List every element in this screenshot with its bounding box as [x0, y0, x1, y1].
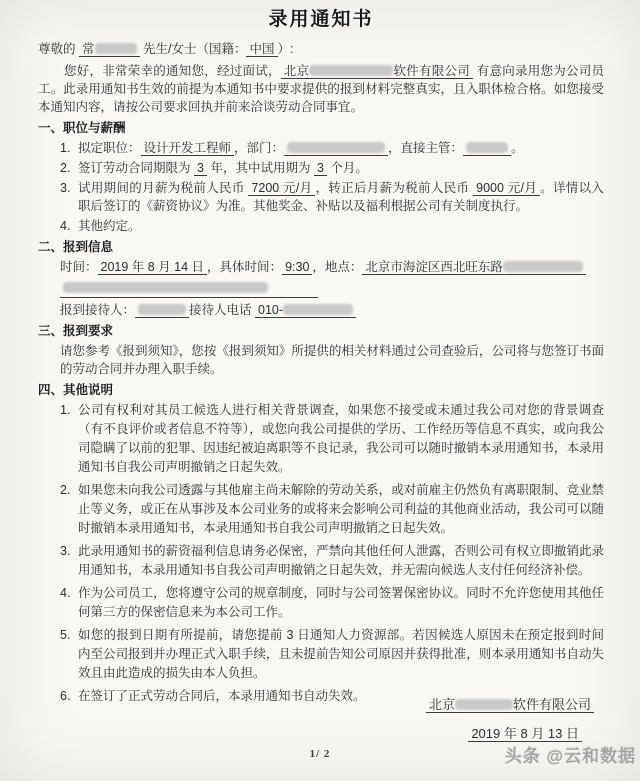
item-text: 试用期间的月薪为税前人民币 7200 元/月，转正后月薪为税前人民币 9000 …: [78, 181, 604, 213]
redaction-block: [466, 142, 508, 153]
location-label: ，地点：: [312, 260, 362, 274]
watermark-text: 头条 @云和数据: [505, 742, 636, 767]
receptionist-line: 报到接待人：接待人电话 010-: [60, 301, 604, 319]
position-value: 设计开发工程师: [141, 141, 235, 156]
address-continuation-field: [60, 279, 318, 298]
document-content: 录用通知书 尊敬的 常 先生/女士（国籍：中国）: 您好，非常荣幸的通知您，经过…: [0, 0, 640, 706]
signature-company-line: 北京软件有限公司: [426, 694, 594, 713]
item-number: 4.: [60, 217, 70, 235]
item-number: 1.: [60, 139, 70, 157]
item-text: 此录用通知书的薪资福利信息请务必保密，严禁向其他任何人泄露，否则公司有权立即撤销…: [78, 544, 604, 577]
greeting-middle: 先生/女士（国籍：: [143, 42, 246, 56]
section-1-body: 1. 拟定职位：设计开发工程师，部门：，直接主管：。 2. 签订劳动合同期限为 …: [60, 139, 604, 235]
signature-date-value: 2019 年 8 月 13 日: [468, 726, 582, 742]
location-field: 北京市海淀区西北旺东路: [362, 260, 586, 275]
item-number: 2.: [60, 481, 70, 500]
supervisor-label: ，直接主管：: [388, 141, 463, 155]
offer-letter-page: 录用通知书 尊敬的 常 先生/女士（国籍：中国）: 您好，非常荣幸的通知您，经过…: [0, 0, 640, 781]
signature-company-field: 北京软件有限公司: [426, 697, 594, 713]
probation-salary-value: 7200 元/月: [248, 181, 315, 196]
report-hour-value: 9:30: [282, 260, 312, 275]
list-item: 4. 作为公司员工，您将遵守公司的规章制度，同时与公司签署保密协议。同时不允许您…: [60, 584, 604, 622]
regular-salary-label: ，转正后月薪为税前人民币: [315, 181, 469, 195]
phone-label: 接待人电话: [189, 303, 252, 317]
list-item: 1. 拟定职位：设计开发工程师，部门：，直接主管：。: [60, 139, 604, 157]
redaction-block: [283, 304, 353, 315]
section-3-heading: 三、报到要求: [38, 322, 604, 340]
nationality-value: 中国: [246, 42, 277, 57]
phone-field: 010-: [255, 303, 356, 318]
item-text: 如您的报到日期有所提前，请您提前 3 日通知人力资源部。若因候选人原因未在预定报…: [78, 628, 604, 680]
supervisor-field: [463, 141, 511, 156]
item-number: 3.: [60, 179, 70, 197]
contract-term-value: 3: [194, 161, 207, 176]
redaction-block: [63, 282, 268, 293]
item-text: 作为公司员工，您将遵守公司的规章制度，同时与公司签署保密协议。同时不允许您使用其…: [78, 586, 604, 619]
list-item: 2. 签订劳动合同期限为 3 年，其中试用期为 3 个月。: [60, 159, 604, 177]
list-item: 1. 公司有权利对其员工候选人进行相关背景调查，如果您不接受或未通过我公司对您的…: [60, 401, 604, 477]
intro-text-1: 您好，非常荣幸的通知您，经过面试，: [64, 64, 281, 78]
section-2-heading: 二、报到信息: [38, 238, 604, 256]
intro-paragraph: 您好，非常荣幸的通知您，经过面试，北京软件有限公司 有意向录用您为公司员工。此录…: [38, 62, 604, 116]
list-item: 5. 如您的报到日期有所提前，请您提前 3 日通知人力资源部。若因候选人原因未在…: [60, 626, 604, 683]
item-text: 公司有权利对其员工候选人进行相关背景调查，如果您不接受或未通过我公司对您的背景调…: [78, 403, 604, 474]
redaction-block: [309, 65, 393, 76]
position-label: 拟定职位：: [78, 141, 141, 155]
list-item: 4. 其他约定。: [60, 217, 604, 235]
section-2-body: 时间：2019 年 8 月 14 日，具体时间：9:30，地点：北京市海淀区西北…: [60, 258, 604, 319]
greeting-line: 尊敬的 常 先生/女士（国籍：中国）:: [38, 40, 604, 58]
sentence-end: 个月。: [330, 161, 368, 175]
phone-prefix: 010-: [258, 303, 283, 317]
company-name-field: 北京软件有限公司: [281, 64, 473, 79]
item-text: 如果您未向我公司透露与其他雇主尚未解除的劳动关系，或对前雇主仍然负有离职限制、竞…: [78, 483, 604, 535]
probation-salary-label: 试用期间的月薪为税前人民币: [78, 181, 245, 195]
item-number: 6.: [60, 687, 70, 706]
item-text: 其他约定。: [78, 219, 141, 233]
intro-text-3: 此录用通知书生效的前提为本通知书中要求提供的报到材料完整真实，且入职体检合格。如…: [38, 82, 604, 114]
section-3-body: 请您参考《报到须知》，您按《报到须知》所提供的相关材料通过公司查验后，公司将与您…: [60, 342, 604, 378]
signature-date-line: 2019 年 8 月 13 日: [468, 723, 582, 742]
signature-company-prefix: 北京: [429, 697, 455, 712]
item-text: 签订劳动合同期限为 3 年，其中试用期为 3 个月。: [78, 161, 368, 176]
location-value: 北京市海淀区西北旺东路: [365, 260, 503, 274]
company-name-suffix: 软件有限公司: [393, 64, 470, 78]
regular-salary-value: 9000 元/月: [473, 181, 540, 196]
greeting-end: ）:: [278, 42, 294, 56]
item-text: 在签订了正式劳动合同后，本录用通知书自动失效。: [78, 689, 366, 703]
report-date-value: 2019 年 8 月 14 日: [98, 260, 208, 275]
report-address-line-2: [60, 279, 604, 298]
greeting-prefix: 尊敬的: [38, 42, 76, 56]
probation-value: 3: [314, 161, 327, 176]
time-label: 时间：: [60, 260, 98, 274]
probation-label: 年，其中试用期为: [210, 161, 310, 175]
company-name-prefix: 北京: [284, 64, 310, 78]
list-item: 2. 如果您未向我公司透露与其他雇主尚未解除的劳动关系，或对前雇主仍然负有离职限…: [60, 481, 604, 538]
sentence-end: 。: [511, 141, 524, 155]
redaction-block: [503, 261, 583, 272]
signature-company-suffix: 软件有限公司: [513, 697, 591, 712]
receptionist-label: 报到接待人：: [60, 303, 135, 317]
contract-term-label: 签订劳动合同期限为: [78, 161, 191, 175]
section-4-body: 1. 公司有权利对其员工候选人进行相关背景调查，如果您不接受或未通过我公司对您的…: [60, 401, 604, 706]
section-4-heading: 四、其他说明: [38, 381, 604, 399]
item-number: 4.: [60, 584, 70, 603]
section-1-heading: 一、职位与薪酬: [38, 119, 604, 137]
recipient-name-field: 常: [79, 42, 140, 57]
recipient-name: 常: [82, 42, 95, 56]
department-field: [284, 141, 388, 156]
redaction-block: [287, 142, 385, 153]
redaction-block: [95, 43, 137, 54]
list-item: 3. 试用期间的月薪为税前人民币 7200 元/月，转正后月薪为税前人民币 90…: [60, 179, 604, 215]
list-item: 3. 此录用通知书的薪资福利信息请务必保密，严禁向其他任何人泄露，否则公司有权立…: [60, 542, 604, 580]
redaction-block: [138, 304, 186, 315]
item-number: 1.: [60, 401, 70, 420]
time2-label: ，具体时间：: [207, 260, 282, 274]
item-number: 5.: [60, 626, 70, 645]
receptionist-field: [135, 303, 189, 318]
item-number: 2.: [60, 159, 70, 177]
redaction-block: [455, 699, 513, 710]
document-title: 录用通知书: [38, 8, 604, 32]
item-text: 拟定职位：设计开发工程师，部门：，直接主管：。: [78, 141, 524, 156]
item-number: 3.: [60, 542, 70, 561]
report-time-line: 时间：2019 年 8 月 14 日，具体时间：9:30，地点：北京市海淀区西北…: [60, 258, 604, 276]
department-label: ，部门：: [234, 141, 284, 155]
